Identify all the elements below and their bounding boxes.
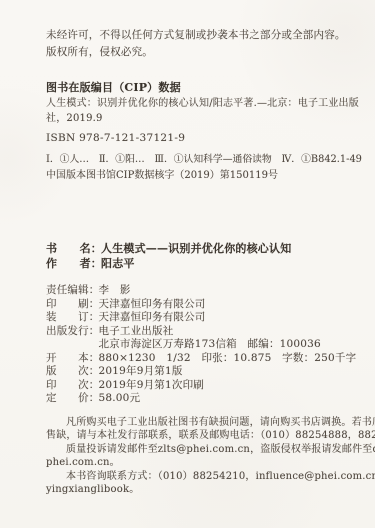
service-line-complaint-1: 质量投诉请发邮件至zlts@phei.com.cn，盗版侵权举报请发邮件至dbq… (46, 443, 345, 456)
colophon-value: 2019年9月第1次印刷 (99, 379, 204, 391)
book-title-value: 人生模式——识别并优化你的核心认知 (101, 242, 291, 255)
colophon-row-printer: 印 刷：天津嘉恒印务有限公司 (46, 298, 345, 312)
colophon-row-printing: 印 次：2019年9月第1次印刷 (46, 379, 345, 393)
cip-description-line-2: 社，2019.9 (46, 111, 345, 126)
service-line-exchange-1: 凡所购买电子工业出版社图书有缺损问题，请向购买书店调换。若书店 (46, 416, 345, 429)
colophon-label: 责任编辑： (46, 284, 99, 298)
book-author-row: 作 者：阳志平 (46, 256, 345, 271)
cip-record-number: 中国版本图书馆CIP数据核字（2019）第150119号 (46, 169, 345, 183)
colophon-label: 开 本： (46, 352, 99, 366)
colophon-row-binder: 装 订：天津嘉恒印务有限公司 (46, 311, 345, 325)
service-line-contact-2: yingxianglibook。 (46, 483, 345, 496)
colophon-row-edition: 版 次：2019年9月第1版 (46, 365, 345, 379)
copyright-notice: 未经许可，不得以任何方式复制或抄袭本书之部分或全部内容。 版权所有，侵权必究。 (46, 27, 345, 61)
book-author-value: 阳志平 (101, 257, 135, 270)
book-title-row: 书 名：人生模式——识别并优化你的核心认知 (46, 241, 345, 256)
colophon-block: 责任编辑：李 影 印 刷：天津嘉恒印务有限公司 装 订：天津嘉恒印务有限公司 出… (46, 284, 345, 406)
book-copyright-page: 未经许可，不得以任何方式复制或抄袭本书之部分或全部内容。 版权所有，侵权必究。 … (0, 0, 375, 528)
cip-description-line-1: 人生模式：识别并优化你的核心认知/阳志平著.—北京：电子工业出版 (46, 96, 345, 111)
colophon-value: 2019年9月第1版 (99, 365, 183, 377)
service-line-exchange-2: 售缺，请与本社发行部联系，联系及邮购电话：（010）88254888，88258… (46, 429, 345, 442)
colophon-value: 天津嘉恒印务有限公司 (99, 298, 206, 310)
colophon-value: 李 影 (99, 284, 131, 296)
cip-heading: 图书在版编目（CIP）数据 (46, 80, 345, 96)
cip-description: 人生模式：识别并优化你的核心认知/阳志平著.—北京：电子工业出版 社，2019.… (46, 96, 345, 126)
colophon-row-editor: 责任编辑：李 影 (46, 284, 345, 298)
colophon-value: 北京市海淀区万寿路173信箱 邮编：100036 (99, 338, 321, 350)
cip-classification: Ⅰ．①人… Ⅱ．①阳… Ⅲ．①认知科学—通俗读物 Ⅳ．①B842.1-49 (46, 153, 345, 167)
cip-data-block: 图书在版编目（CIP）数据 人生模式：识别并优化你的核心认知/阳志平著.—北京：… (46, 80, 345, 183)
colophon-value: 电子工业出版社 (99, 325, 174, 337)
colophon-row-format: 开 本：880×1230 1/32 印张：10.875 字数：250千字 (46, 352, 345, 366)
colophon-label: 定 价： (46, 392, 99, 406)
copyright-notice-line-1: 未经许可，不得以任何方式复制或抄袭本书之部分或全部内容。 (46, 27, 345, 44)
colophon-label: 装 订： (46, 311, 99, 325)
book-info-block: 书 名：人生模式——识别并优化你的核心认知 作 者：阳志平 (46, 241, 345, 271)
colophon-label: 印 次： (46, 379, 99, 393)
isbn-number: ISBN 978-7-121-37121-9 (46, 131, 345, 145)
colophon-label: 印 刷： (46, 298, 99, 312)
copyright-notice-line-2: 版权所有，侵权必究。 (46, 44, 345, 61)
book-title-label: 书 名： (46, 241, 101, 256)
service-contact-block: 凡所购买电子工业出版社图书有缺损问题，请向购买书店调换。若书店 售缺，请与本社发… (46, 416, 345, 496)
colophon-label: 版 次： (46, 365, 99, 379)
colophon-value: 58.00元 (99, 392, 141, 404)
colophon-label: 出版发行： (46, 325, 99, 339)
service-line-complaint-2: phei.com.cn。 (46, 456, 345, 469)
colophon-value: 天津嘉恒印务有限公司 (99, 311, 206, 323)
colophon-value: 880×1230 1/32 印张：10.875 字数：250千字 (99, 352, 357, 364)
service-line-contact-1: 本书咨询联系方式：（010）88254210，influence@phei.co… (46, 470, 345, 483)
colophon-row-publisher: 出版发行：电子工业出版社 (46, 325, 345, 339)
book-author-label: 作 者： (46, 256, 101, 271)
colophon-row-price: 定 价：58.00元 (46, 392, 345, 406)
colophon-row-address: 北京市海淀区万寿路173信箱 邮编：100036 (46, 338, 345, 352)
